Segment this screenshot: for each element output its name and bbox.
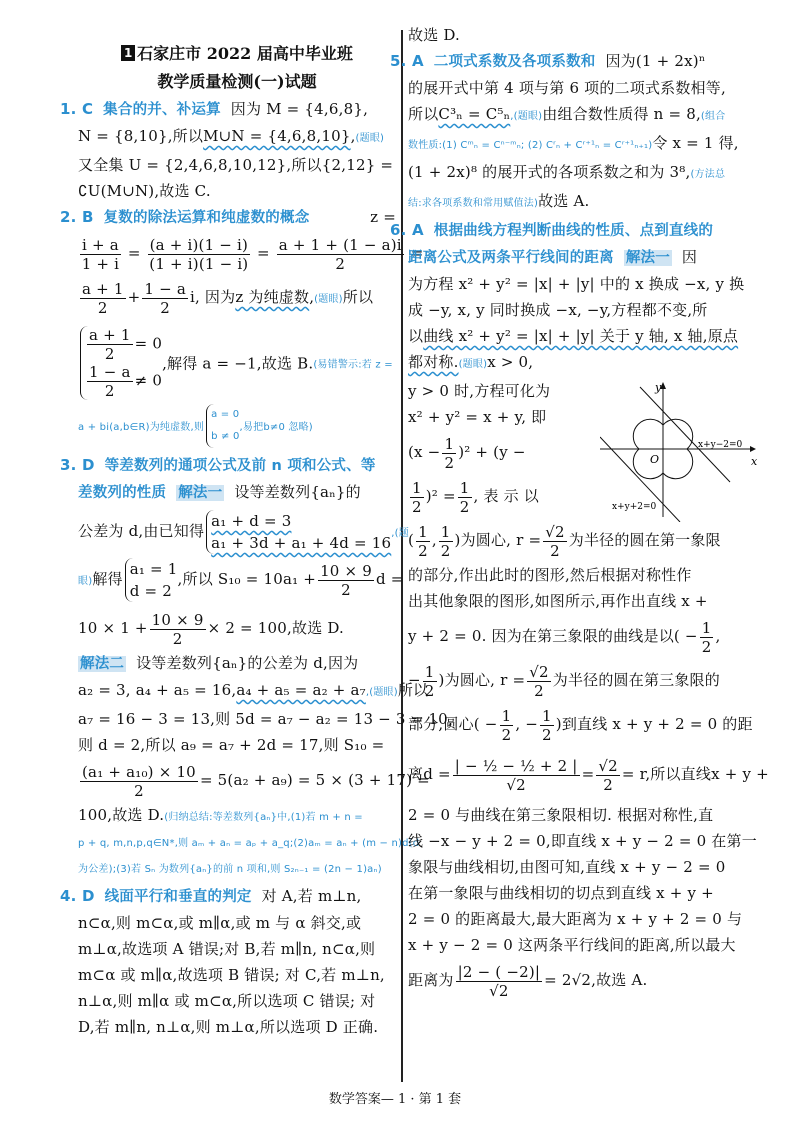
column-divider: [401, 30, 403, 1082]
svg-text:O: O: [650, 453, 659, 466]
page-title: 1石家庄市 2022 届高中毕业班: [78, 40, 396, 68]
answer-page: 1石家庄市 2022 届高中毕业班 教学质量检测(一)试题 1. C集合的并、补…: [0, 0, 790, 1134]
svg-text:x: x: [751, 455, 758, 468]
left-column: 1石家庄市 2022 届高中毕业班 教学质量检测(一)试题 1. C集合的并、补…: [78, 40, 396, 1040]
question-4: 4. D线面平行和垂直的判定对 A,若 m⊥n, n⊂α,则 m⊂α,或 m∥α…: [78, 883, 396, 1040]
svg-text:y: y: [654, 381, 662, 394]
svg-text:x+y+2=0: x+y+2=0: [612, 502, 657, 512]
page-subtitle: 教学质量检测(一)试题: [78, 68, 396, 96]
question-1: 1. C集合的并、补运算因为 M = {4,6,8}, N = {8,10},所…: [78, 96, 396, 204]
equation-system: a + 12= 0 1 − a2≠ 0: [80, 326, 162, 400]
question-3: 3. D等差数列的通项公式及前 n 项和公式、等 差数列的性质解法一设等差数列{…: [78, 452, 396, 883]
section-badge: 1: [121, 45, 135, 61]
curve-figure: y x O x+y−2=0 x+y+2=0: [600, 377, 765, 522]
x-axis-arrow-icon: [750, 446, 756, 452]
question-5: 5. A二项式系数及各项系数和因为(1 + 2x)ⁿ 的展开式中第 4 项与第 …: [408, 48, 770, 217]
svg-text:x+y−2=0: x+y−2=0: [698, 440, 743, 450]
question-6: 6. A根据曲线方程判断曲线的性质、点到直线的 距离公式及两条平行线间的距离解法…: [408, 217, 770, 1002]
question-2: 2. B复数的除法运算和纯虚数的概念z = i + a1 + i = (a + …: [78, 204, 396, 448]
page-footer: 数学答案— 1 · 第 1 套: [0, 1088, 790, 1107]
line-x-plus-y-minus-2: [640, 387, 730, 482]
